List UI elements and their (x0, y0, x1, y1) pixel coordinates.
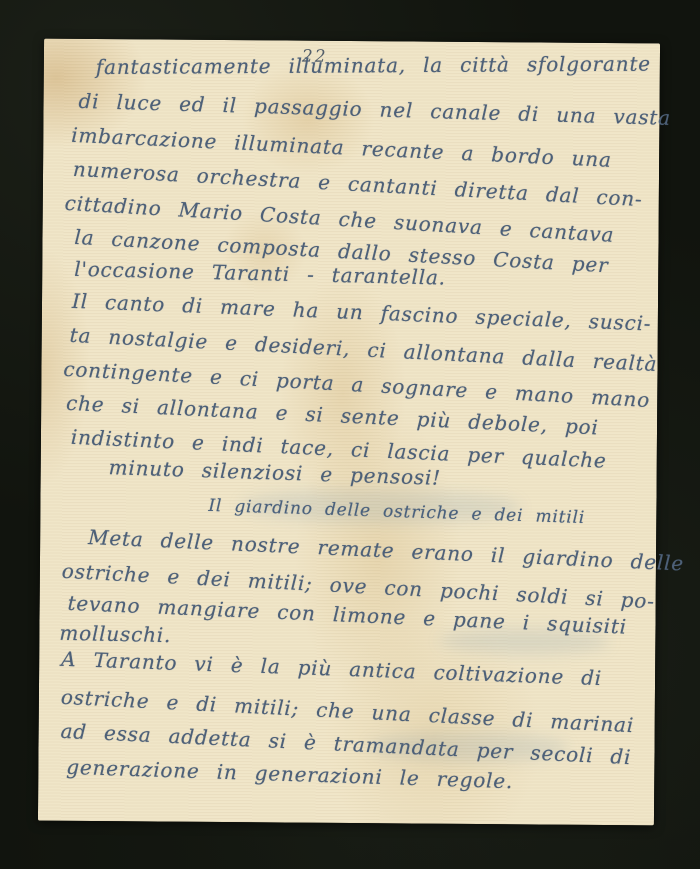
manuscript-line: fantasticamente illuminata, la città sfo… (96, 52, 651, 79)
manuscript-page: 22 fantasticamente illuminata, la città … (38, 39, 660, 826)
manuscript-line: di luce ed il passaggio nel canale di un… (78, 89, 671, 130)
manuscript-line: molluschi. (59, 621, 171, 647)
photo-background: 22 fantasticamente illuminata, la città … (0, 0, 700, 869)
